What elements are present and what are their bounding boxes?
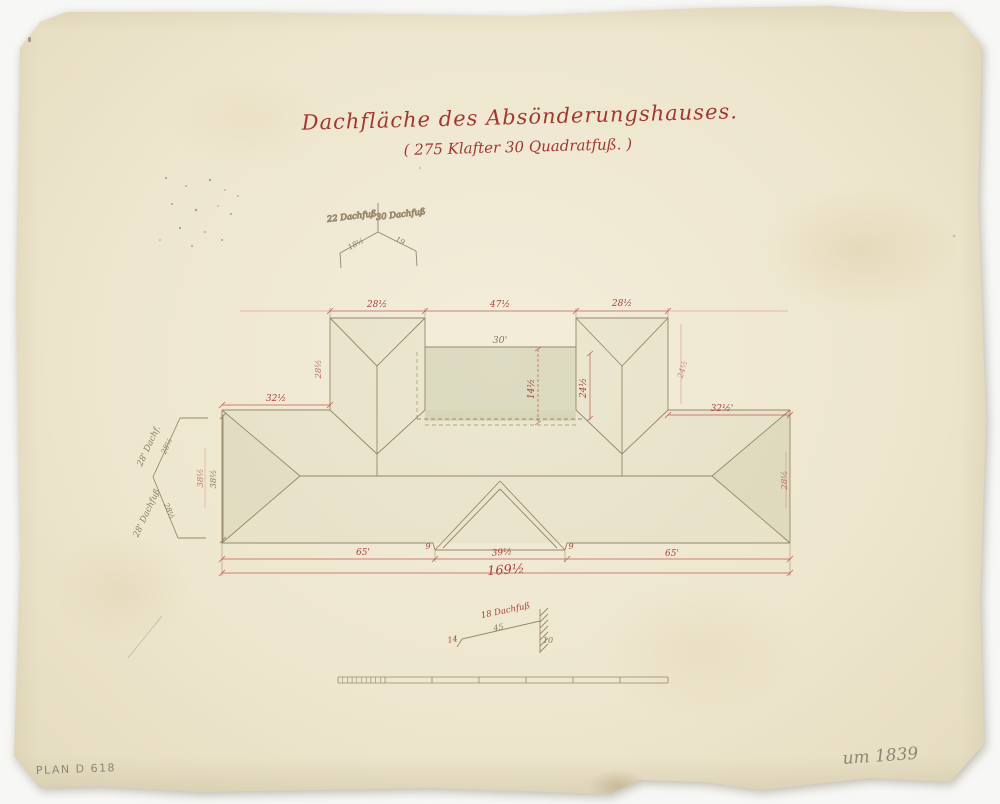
profile-detail: 28' Dachf. 28' Dachfuß 28½ 28½ 38½ xyxy=(131,413,226,543)
scanned-plan-page: Dachfläche des Absönderungshauses. ( 275… xyxy=(0,0,1000,804)
dim-right-wing-edge: 24½ xyxy=(676,360,690,381)
gable-corner-mark-left: 9 xyxy=(425,542,430,551)
dim-bottom-right: 65' xyxy=(665,549,679,559)
profile-lower-value: 28½ xyxy=(161,501,177,521)
gable-corner-mark-right: 9 xyxy=(568,542,573,551)
plan-subtitle: ( 275 Klafter 30 Quadratfuß. ) xyxy=(403,135,632,159)
eave-detail-length: 45 xyxy=(492,622,505,633)
dim-left-section: 32½ xyxy=(266,393,286,404)
eave-detail-label: 18 Dachfuß xyxy=(480,601,531,621)
roof-plan-washes xyxy=(222,318,790,543)
profile-upper-label: 28' Dachf. xyxy=(135,424,163,469)
dim-right-wing: 28½ xyxy=(611,298,632,309)
profile-upper-value: 28½ xyxy=(159,436,175,456)
archive-number: PLAN D 618 xyxy=(36,761,117,777)
profile-lower-label: 28' Dachfuß xyxy=(131,487,163,540)
pitch-left-value: 18½ xyxy=(346,236,365,252)
dim-total-length: 169½ xyxy=(487,562,525,580)
pitch-right-label: 30 Dachfuß xyxy=(375,207,426,223)
dim-left-wing: 28½ xyxy=(366,299,387,310)
profile-height-value: 38½ xyxy=(208,469,219,488)
scale-bar xyxy=(338,677,668,683)
middle-roof-width: 30' xyxy=(493,335,508,346)
title-block: Dachfläche des Absönderungshauses. ( 275… xyxy=(300,99,738,159)
pencil-stroke xyxy=(128,616,162,658)
dim-middle: 47½ xyxy=(489,299,510,310)
eave-detail-right-value: 10 xyxy=(543,636,553,645)
pencil-notes: PLAN D 618 um 1839 xyxy=(36,744,919,777)
pitch-detail: 22 Dachfuß 30 Dachfuß 18½ 19 xyxy=(325,203,426,268)
eave-detail-left-value: 14 xyxy=(447,634,459,645)
dim-right-wing-depth: 24½ xyxy=(578,378,589,399)
dim-middle-depth: 14½ xyxy=(526,379,537,399)
dim-right-section: 32½' xyxy=(711,403,734,414)
date-note: um 1839 xyxy=(842,744,919,769)
eave-detail: 18 Dachfuß 45 14 10 xyxy=(447,601,553,653)
dim-gable-width: 39½ xyxy=(491,546,512,558)
pitch-left-label: 22 Dachfuß xyxy=(325,209,377,225)
plan-title: Dachfläche des Absönderungshauses. xyxy=(300,99,738,134)
dim-left-wing-depth: 28½ xyxy=(313,359,324,379)
plan-drawing: Dachfläche des Absönderungshauses. ( 275… xyxy=(0,0,1000,804)
dim-bottom-left: 65' xyxy=(356,548,370,558)
dim-depth-left: 38½ xyxy=(195,468,206,487)
dim-depth-right: 28½ xyxy=(779,470,790,490)
